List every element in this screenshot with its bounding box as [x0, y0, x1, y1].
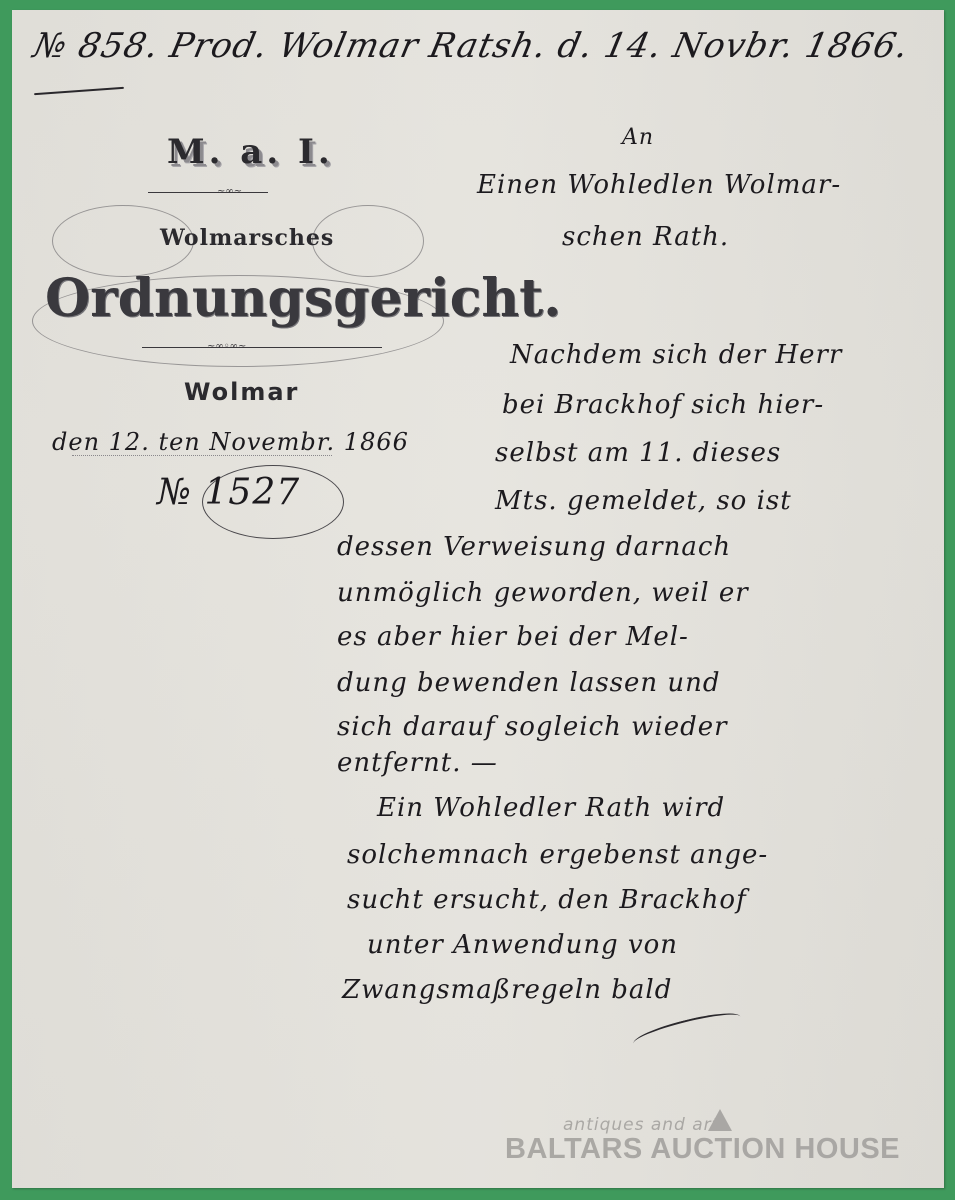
- body-line: entfernt. —: [337, 748, 498, 778]
- body-line: Nachdem sich der Herr: [510, 340, 842, 370]
- court-name-large: Ordnungsgericht.: [45, 268, 561, 329]
- address-line: Einen Wohledlen Wolmar-: [477, 170, 841, 200]
- date-dotted-line: [72, 455, 332, 456]
- body-line: sucht ersucht, den Brackhof: [347, 885, 747, 915]
- body-line: Ein Wohledler Rath wird: [377, 793, 725, 823]
- address-line: schen Rath.: [562, 222, 729, 252]
- crown-icon: [708, 1109, 732, 1131]
- watermark-tagline: antiques and art: [563, 1115, 719, 1135]
- court-name-small: Wolmarsches: [160, 225, 334, 251]
- body-line: solchemnach ergebenst ange-: [347, 840, 768, 870]
- body-line: dung bewenden lassen und: [337, 668, 721, 698]
- ornament-icon: ~∞◦∞~: [207, 341, 246, 352]
- body-line: es aber hier bei der Mel-: [337, 622, 689, 652]
- letterhead-rule-bottom: [142, 347, 382, 348]
- body-line: unter Anwendung von: [367, 930, 678, 960]
- registration-line: № 858. Prod. Wolmar Ratsh. d. 14. Novbr.…: [30, 26, 913, 66]
- document-paper: № 858. Prod. Wolmar Ratsh. d. 14. Novbr.…: [12, 10, 944, 1188]
- body-line: bei Brackhof sich hier-: [502, 390, 824, 420]
- body-line: Zwangsmaßregeln bald: [342, 975, 672, 1005]
- letter-number: № 1527: [157, 472, 300, 513]
- body-line: dessen Verweisung darnach: [337, 532, 731, 562]
- body-line: sich darauf sogleich wieder: [337, 712, 728, 742]
- letterhead-monogram: M. a. I.: [167, 132, 334, 172]
- letterhead-rule-top: [148, 192, 268, 193]
- city-name: Wolmar: [184, 378, 299, 406]
- body-line: unmöglich geworden, weil er: [337, 578, 749, 608]
- ornament-icon: ~∞~: [217, 186, 242, 197]
- body-line: selbst am 11. dieses: [495, 438, 781, 468]
- address-line: An: [622, 125, 654, 150]
- letter-date: den 12. ten Novembr. 1866: [52, 428, 409, 456]
- closing-flourish: [631, 1007, 743, 1053]
- body-line: Mts. gemeldet, so ist: [495, 486, 792, 516]
- registration-underline: [34, 87, 124, 95]
- watermark-brand: BALTARS AUCTION HOUSE: [505, 1133, 900, 1166]
